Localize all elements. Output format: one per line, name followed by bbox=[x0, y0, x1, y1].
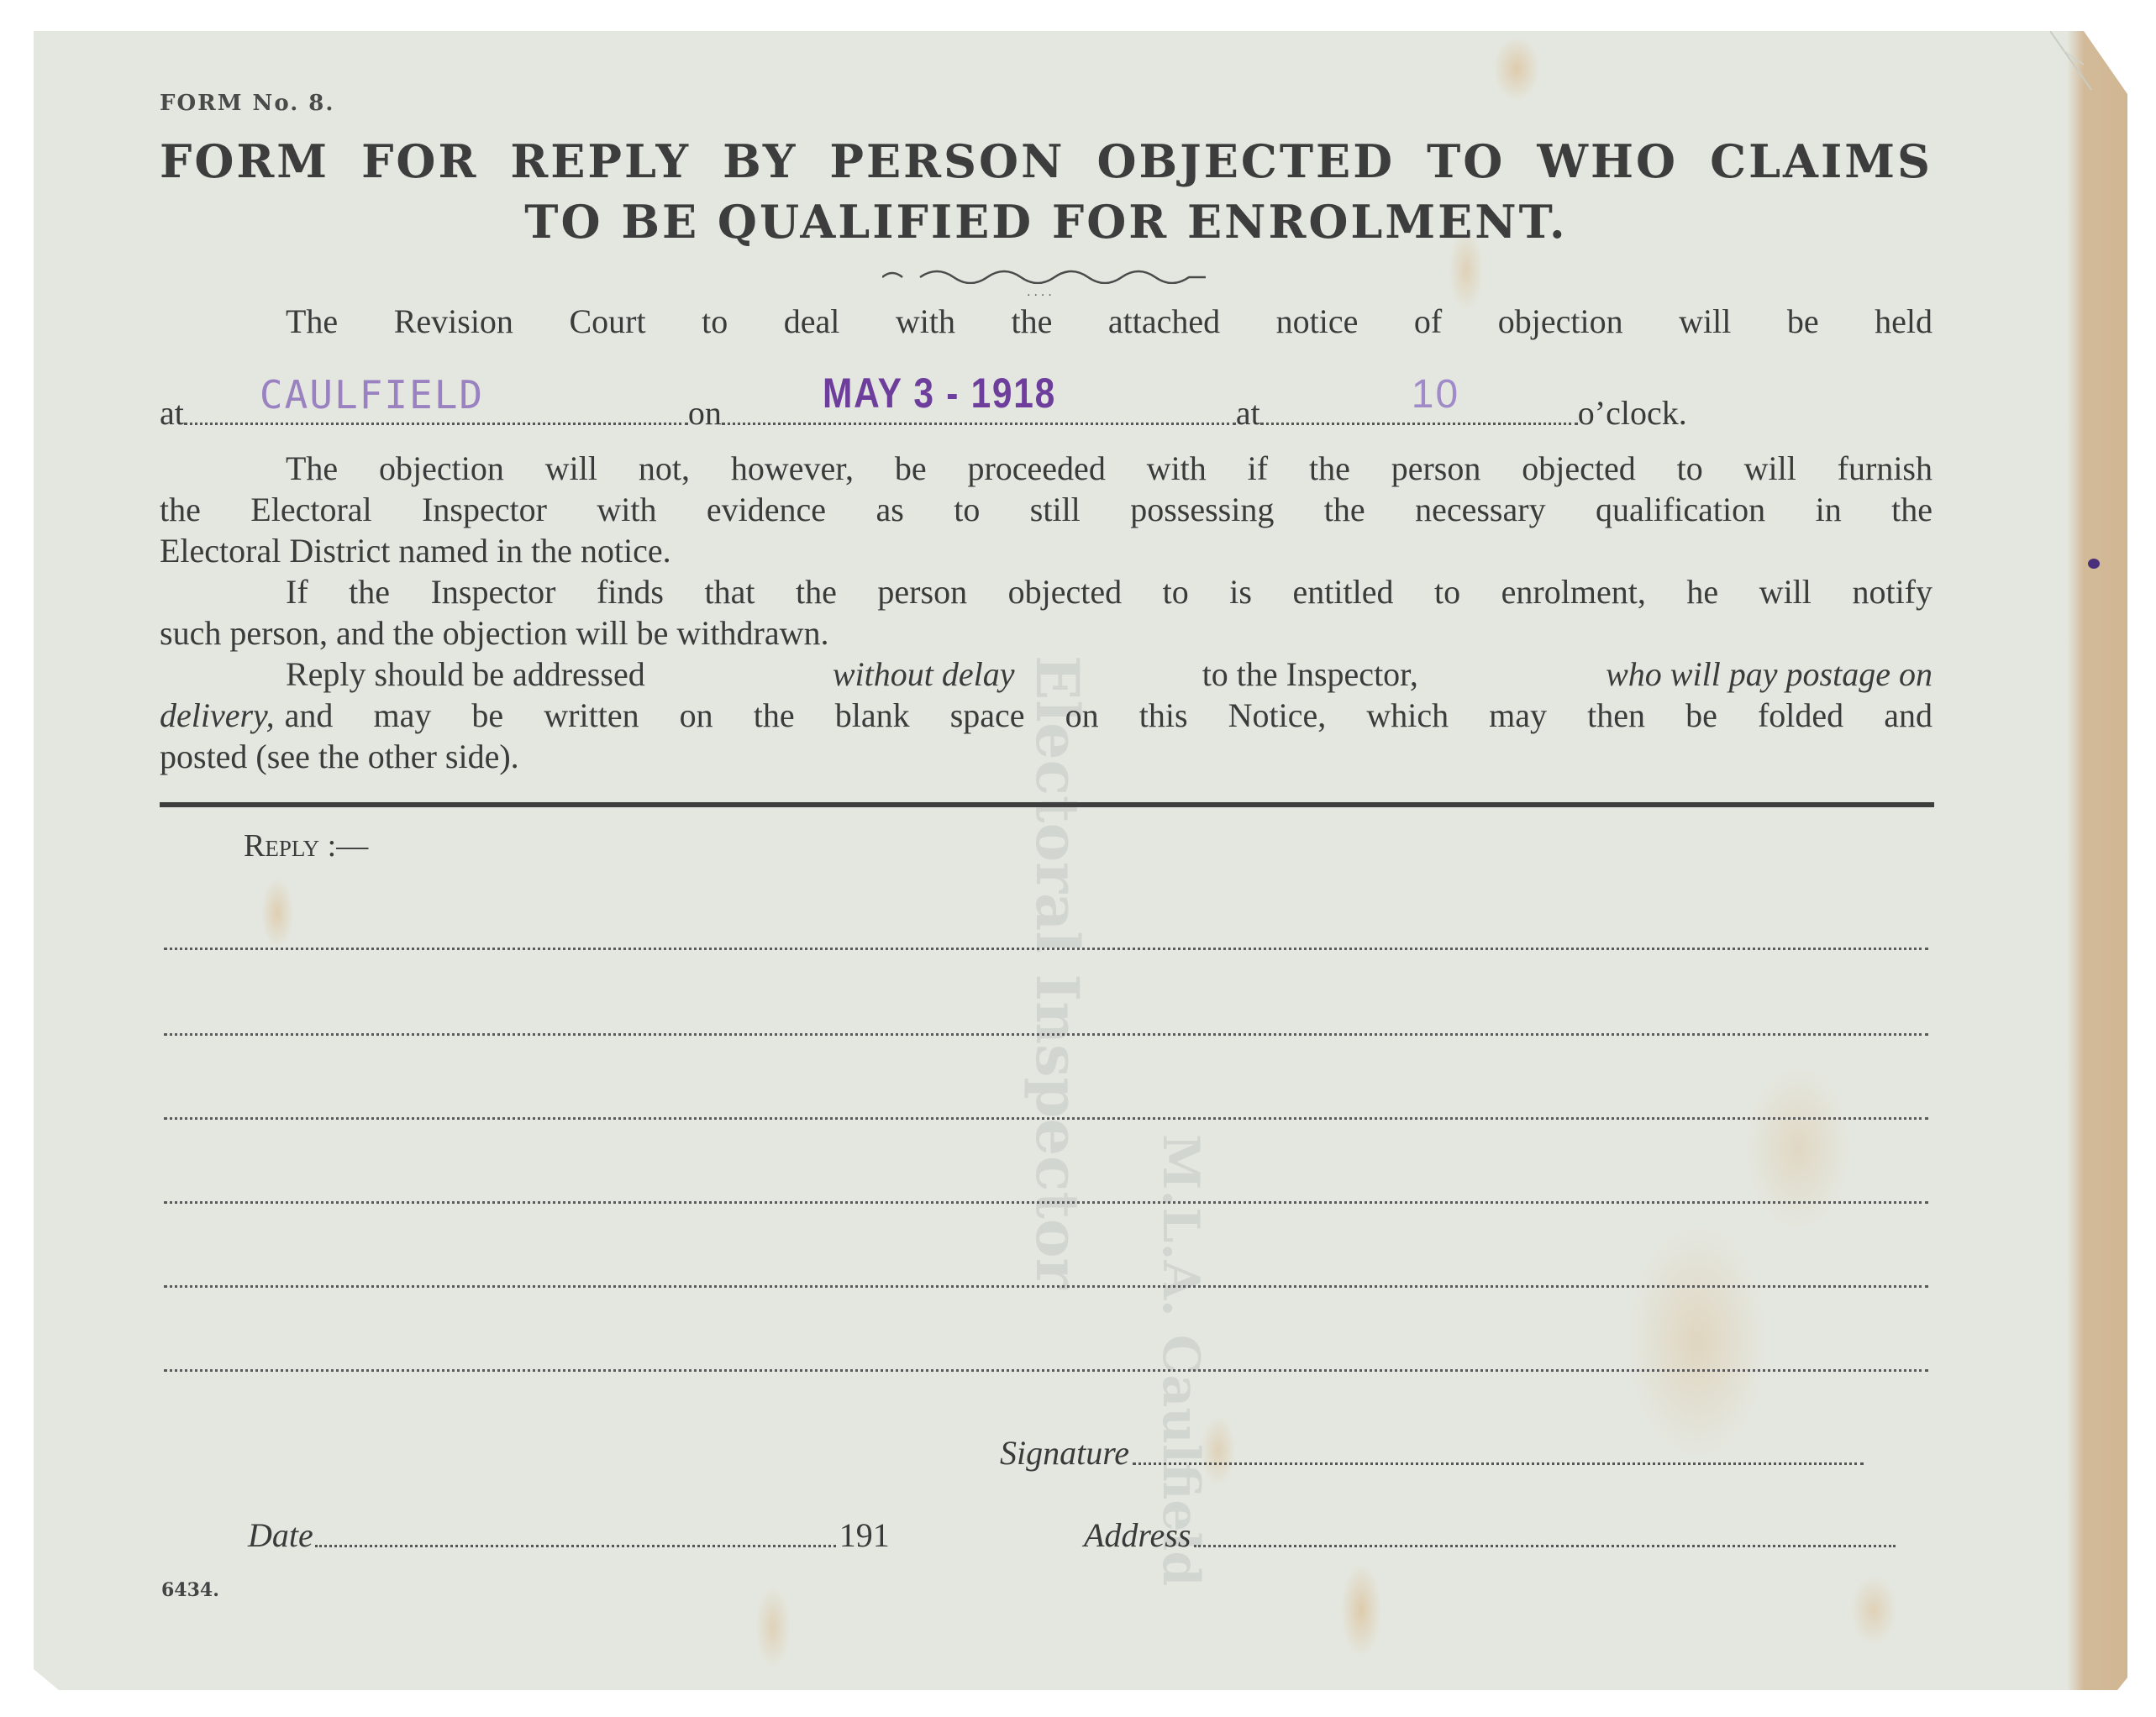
wavy-divider-icon bbox=[882, 267, 1206, 287]
reply-line-4[interactable] bbox=[164, 1201, 1928, 1204]
text-run: to the Inspector, bbox=[1202, 654, 1418, 695]
paragraph-line: delivery, and may be written on the blan… bbox=[160, 695, 1933, 736]
date-row: Date 191 bbox=[248, 1519, 890, 1552]
address-field[interactable] bbox=[1194, 1545, 1896, 1547]
date-label: Date bbox=[248, 1519, 313, 1552]
emphasis-text: delivery, bbox=[160, 695, 275, 736]
folded-corner-icon bbox=[2050, 31, 2101, 90]
reply-line-5[interactable] bbox=[164, 1285, 1928, 1288]
place-stamp: CAULFIELD bbox=[260, 372, 484, 417]
paragraph-line: Reply should be addressed without delay … bbox=[286, 654, 1933, 695]
paragraph-line: Electoral District named in the notice. bbox=[160, 530, 671, 571]
hearing-details-row: at CAULFIELD on MAY 3 - 1918 at 10 o’clo… bbox=[160, 380, 1933, 430]
signature-label: Signature bbox=[1000, 1436, 1129, 1470]
reply-line-2[interactable] bbox=[164, 1033, 1928, 1036]
address-row: Address bbox=[1084, 1519, 1896, 1552]
paragraph-line: The objection will not, however, be proc… bbox=[286, 448, 1933, 489]
at-label: at bbox=[160, 396, 184, 430]
on-label: on bbox=[688, 396, 722, 430]
address-label: Address bbox=[1084, 1519, 1191, 1552]
place-field[interactable]: CAULFIELD bbox=[184, 423, 688, 425]
year-prefix: 191 bbox=[839, 1519, 890, 1552]
hearing-intro: The Revision Court to deal with the atta… bbox=[286, 301, 1933, 342]
date-field[interactable]: MAY 3 - 1918 bbox=[722, 423, 1236, 425]
page-title-line1: FORM FOR REPLY BY PERSON OBJECTED TO WHO… bbox=[160, 134, 1933, 188]
reply-line-1[interactable] bbox=[164, 948, 1928, 950]
emphasis-text: without delay bbox=[833, 654, 1015, 695]
form-number: FORM No. 8. bbox=[160, 91, 334, 116]
ink-spot bbox=[2088, 559, 2100, 569]
bleed-through-text: Electoral Inspector bbox=[1023, 655, 1092, 1289]
paragraph-line: posted (see the other side). bbox=[160, 736, 519, 777]
page-title-line2: TO BE QUALIFIED FOR ENROLMENT. bbox=[160, 195, 1933, 249]
signature-field[interactable] bbox=[1133, 1462, 1864, 1465]
paragraph-line: such person, and the objection will be w… bbox=[160, 612, 828, 654]
reply-label: Reply :— bbox=[244, 827, 368, 864]
hour-stamp: 10 bbox=[1412, 371, 1459, 417]
section-divider bbox=[160, 802, 1934, 807]
divider-dots: .... bbox=[1027, 286, 1055, 299]
paragraph-line: the Electoral Inspector with evidence as… bbox=[160, 489, 1933, 530]
oclock-label: o’clock. bbox=[1578, 396, 1687, 430]
hour-field[interactable]: 10 bbox=[1260, 423, 1578, 425]
emphasis-text: who will pay postage on bbox=[1606, 654, 1933, 695]
date-field[interactable] bbox=[315, 1545, 836, 1547]
text-run: Reply should be addressed bbox=[286, 654, 645, 695]
text-run: and may be written on the blank space on… bbox=[285, 695, 1933, 736]
paragraph-line: If the Inspector finds that the person o… bbox=[286, 571, 1933, 612]
reply-line-3[interactable] bbox=[164, 1117, 1928, 1120]
time-at-label: at bbox=[1236, 396, 1260, 430]
reply-line-6[interactable] bbox=[164, 1369, 1928, 1372]
signature-row: Signature bbox=[1000, 1436, 1864, 1470]
print-number: 6434. bbox=[161, 1579, 219, 1601]
date-stamp: MAY 3 - 1918 bbox=[823, 369, 1056, 417]
